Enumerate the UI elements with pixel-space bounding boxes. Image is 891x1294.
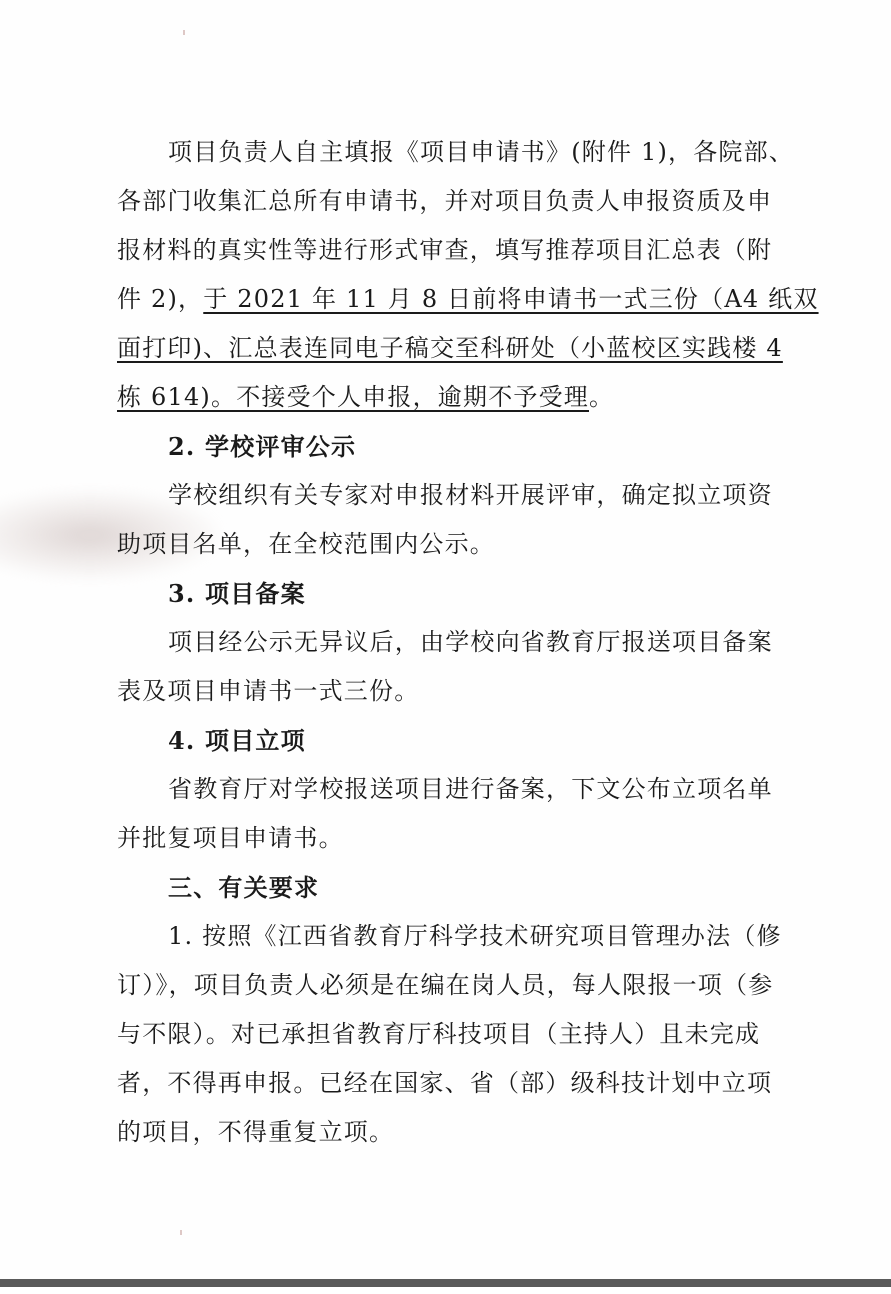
scan-speck	[183, 30, 185, 35]
text-line: 各部门收集汇总所有申请书，并对项目负责人申报资质及申	[117, 177, 769, 226]
section-heading-requirements: 三、有关要求	[117, 863, 769, 912]
text-segment: 订）》，项目负责人必须是在编在岗人员，每人限报一项（参	[117, 971, 773, 999]
scanned-page: 项目负责人自主填报《项目申请书》(附件 1)，各院部、 各部门收集汇总所有申请书…	[0, 0, 891, 1279]
underlined-submission-text: 面打印)、汇总表连同电子稿交至科研处（小蓝校区实践楼 4	[117, 334, 783, 362]
text-segment: 与不限）。对已承担省教育厅科技项目（主持人）且未完成	[117, 1020, 760, 1048]
scan-speck	[180, 1230, 182, 1235]
text-line: 栋 614)。不接受个人申报，逾期不予受理。	[117, 373, 769, 422]
text-segment: 表及项目申请书一式三份。	[117, 677, 419, 705]
text-line: 者，不得再申报。已经在国家、省（部）级科技计划中立项	[117, 1059, 769, 1108]
text-line: 学校组织有关专家对申报材料开展评审，确定拟立项资	[117, 471, 769, 520]
text-segment: 。	[589, 383, 614, 411]
text-line: 面打印)、汇总表连同电子稿交至科研处（小蓝校区实践楼 4	[117, 324, 769, 373]
viewer-bottom-margin	[0, 1287, 891, 1294]
text-segment: 项目经公示无异议后，由学校向省教育厅报送项目备案	[168, 628, 773, 656]
section-heading-school-review: 2. 学校评审公示	[117, 422, 769, 471]
document-body: 项目负责人自主填报《项目申请书》(附件 1)，各院部、 各部门收集汇总所有申请书…	[117, 128, 769, 1157]
text-line: 报材料的真实性等进行形式审查，填写推荐项目汇总表（附	[117, 226, 769, 275]
text-line: 订）》，项目负责人必须是在编在岗人员，每人限报一项（参	[117, 961, 769, 1010]
text-segment: 助项目名单，在全校范围内公示。	[117, 530, 495, 558]
text-line: 省教育厅对学校报送项目进行备案，下文公布立项名单	[117, 765, 769, 814]
text-segment: 并批复项目申请书。	[117, 824, 344, 852]
text-line: 与不限）。对已承担省教育厅科技项目（主持人）且未完成	[117, 1010, 769, 1059]
text-line: 项目负责人自主填报《项目申请书》(附件 1)，各院部、	[117, 128, 769, 177]
text-segment: 学校组织有关专家对申报材料开展评审，确定拟立项资	[168, 481, 773, 509]
text-line: 并批复项目申请书。	[117, 814, 769, 863]
section-heading-project-approval: 4. 项目立项	[117, 716, 769, 765]
text-segment: 1. 按照《江西省教育厅科学技术研究项目管理办法（修	[168, 922, 782, 950]
text-line: 1. 按照《江西省教育厅科学技术研究项目管理办法（修	[117, 912, 769, 961]
text-segment: 者，不得再申报。已经在国家、省（部）级科技计划中立项	[117, 1069, 772, 1097]
text-segment: 件 2)，	[117, 285, 203, 313]
text-segment: 的项目，不得重复立项。	[117, 1118, 394, 1146]
text-segment: 报材料的真实性等进行形式审查，填写推荐项目汇总表（附	[117, 236, 772, 264]
text-segment: 各部门收集汇总所有申请书，并对项目负责人申报资质及申	[117, 187, 772, 215]
text-segment: 省教育厅对学校报送项目进行备案，下文公布立项名单	[168, 775, 773, 803]
text-line: 助项目名单，在全校范围内公示。	[117, 520, 769, 569]
text-line: 项目经公示无异议后，由学校向省教育厅报送项目备案	[117, 618, 769, 667]
underlined-deadline-text: 于 2021 年 11 月 8 日前将申请书一式三份（A4 纸双	[203, 285, 818, 313]
viewer-bottom-bar	[0, 1279, 891, 1287]
underlined-location-text: 栋 614)。不接受个人申报，逾期不予受理	[117, 383, 589, 411]
section-heading-project-filing: 3. 项目备案	[117, 569, 769, 618]
text-line: 的项目，不得重复立项。	[117, 1108, 769, 1157]
text-segment: 项目负责人自主填报《项目申请书》(附件 1)，各院部、	[168, 138, 794, 166]
text-line: 表及项目申请书一式三份。	[117, 667, 769, 716]
text-line: 件 2)，于 2021 年 11 月 8 日前将申请书一式三份（A4 纸双	[117, 275, 769, 324]
